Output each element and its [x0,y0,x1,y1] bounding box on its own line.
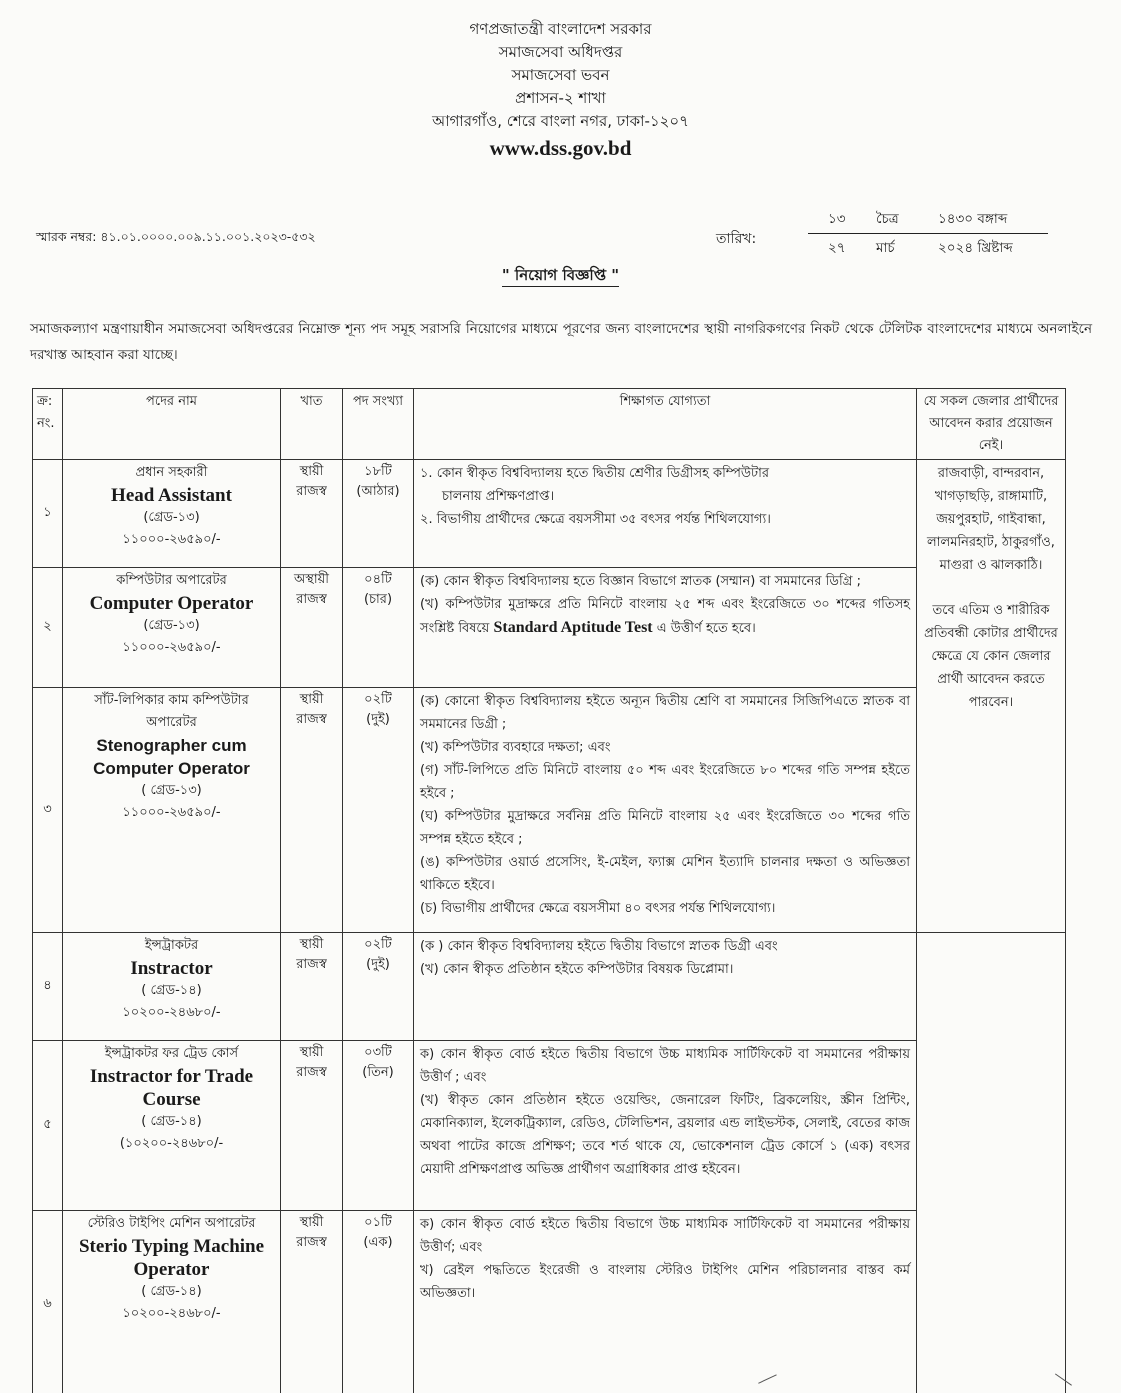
test-name: Standard Aptitude Test [493,619,652,636]
header-type: খাত [281,389,343,460]
pay-scale: ১০২০০-২৪৬৮০/- [69,1303,274,1325]
table-row: ৪ইন্সট্রাকটরInstractor( গ্রেড-১৪)১০২০০-২… [33,933,1066,1041]
post-name: প্রধান সহকারীHead Assistant(গ্রেড-১৩)১১০… [63,460,281,568]
post-count-number: ১৮টি [349,462,407,482]
header-districts: যে সকল জেলার প্রার্থীদের আবেদন করার প্রয… [917,389,1066,460]
pay-scale: ১০২০০-২৪৬৮০/- [69,1002,274,1024]
serial-number: ৫ [33,1041,63,1211]
address: আগারগাঁও, শেরে বাংলা নগর, ঢাকা-১২০৭ [0,110,1121,133]
qualification-text: এ উত্তীর্ণ হতে হবে। [657,621,756,636]
post-name-english: Sterio Typing Machine Operator [69,1235,274,1281]
post-count: ০৪টি(চার) [343,568,414,688]
post-count: ১৮টি(আঠার) [343,460,414,568]
post-count-number: ০২টি [349,935,407,955]
table-row: ৩সাঁট-লিপিকার কাম কম্পিউটার অপারেটরSteno… [33,688,1066,933]
post-grade: ( গ্রেড-১৪) [69,980,274,1002]
post-name: ইন্সট্রাকটরInstractor( গ্রেড-১৪)১০২০০-২৪… [63,933,281,1041]
districts-empty-cell [917,933,1066,1393]
post-type: স্থায়ী রাজস্ব [281,688,343,933]
post-count-number: ০১টি [349,1213,407,1233]
post-count: ০১টি(এক) [343,1211,414,1393]
post-name-bangla: স্টেরিও টাইপিং মেশিন অপারেটর [69,1213,274,1235]
pay-scale: ১১০০০-২৬৫৯০/- [69,637,274,659]
bangla-month: চৈত্র [876,208,938,231]
pay-scale: ১১০০০-২৬৫৯০/- [69,802,274,824]
serial-number: ৬ [33,1211,63,1393]
qualification-item: (খ) কম্পিউটার ব্যবহারে দক্ষতা; এবং [420,736,910,759]
post-name-bangla: ইন্সট্রাকটর [69,935,274,957]
qualification-item: (গ) সাঁট-লিপিতে প্রতি মিনিটে বাংলায় ৫০ … [420,759,910,805]
qualification-cell: (ক) কোন স্বীকৃত বিশ্ববিদ্যালয় হতে বিজ্ঞ… [414,568,917,688]
post-count-words: (চার) [349,590,407,610]
post-type: স্থায়ী রাজস্ব [281,933,343,1041]
qualification-item: (খ) স্বীকৃত কোন প্রতিষ্ঠান হইতে ওয়েল্ডি… [420,1089,910,1181]
vacancy-table: ক্র: নং. পদের নাম খাত পদ সংখ্যা শিক্ষাগত… [32,388,1066,1393]
qualification-cell: (ক) কোনো স্বীকৃত বিশ্ববিদ্যালয় হইতে অন্… [414,688,917,933]
post-name-english: Head Assistant [69,484,274,507]
post-count-words: (দুই) [349,710,407,730]
header-count: পদ সংখ্যা [343,389,414,460]
post-name-bangla: সাঁট-লিপিকার কাম কম্পিউটার অপারেটর [69,690,274,734]
qualification-item: খ) ব্রেইল পদ্ধতিতে ইংরেজী ও বাংলায় স্টে… [420,1259,910,1305]
branch-name: প্রশাসন-২ শাখা [0,87,1121,110]
post-grade: (গ্রেড-১৩) [69,507,274,529]
post-name: স্টেরিও টাইপিং মেশিন অপারেটরSterio Typin… [63,1211,281,1393]
govt-name: গণপ্রজাতন্ত্রী বাংলাদেশ সরকার [0,18,1121,41]
post-name-english: Stenographer cum Computer Operator [69,734,274,780]
qualification-cell: ক) কোন স্বীকৃত বোর্ড হইতে দ্বিতীয় বিভাগ… [414,1211,917,1393]
post-name-bangla: ইন্সট্রাকটর ফর ট্রেড কোর্স [69,1043,274,1065]
post-count-words: (তিন) [349,1063,407,1083]
post-name: ইন্সট্রাকটর ফর ট্রেড কোর্সInstractor for… [63,1041,281,1211]
post-name-bangla: কম্পিউটার অপারেটর [69,570,274,592]
bangla-day: ১৩ [808,208,876,231]
serial-number: ২ [33,568,63,688]
post-type: স্থায়ী রাজস্ব [281,1041,343,1211]
post-count: ০২টি(দুই) [343,688,414,933]
pay-scale: (১০২০০-২৪৬৮০/- [69,1133,274,1155]
serial-number: ৪ [33,933,63,1041]
post-grade: ( গ্রেড-১৩) [69,780,274,802]
qualification-cell: ক) কোন স্বীকৃত বোর্ড হইতে দ্বিতীয় বিভাগ… [414,1041,917,1211]
qualification-item: (খ) কোন স্বীকৃত প্রতিষ্ঠান হইতে কম্পিউটা… [420,958,910,981]
excluded-districts-list: রাজবাড়ী, বান্দরবান, খাগড়াছড়ি, রাঙ্গাম… [923,462,1059,577]
qualification-item: ক) কোন স্বীকৃত বোর্ড হইতে দ্বিতীয় বিভাগ… [420,1213,910,1259]
quota-exception: তবে এতিম ও শারীরিক প্রতিবন্ধী কোটার প্রা… [923,599,1059,714]
qualification-item: (ঘ) কম্পিউটার মুদ্রাক্ষরে সর্বনিম্ন প্রত… [420,805,910,851]
gregorian-year: ২০২৪ খ্রিষ্টাব্দ [938,237,1048,260]
bangla-date: ১৩ চৈত্র ১৪৩০ বঙ্গাব্দ [808,205,1048,234]
qualification-cell: (ক ) কোন স্বীকৃত বিশ্ববিদ্যালয় হইতে দ্ব… [414,933,917,1041]
post-count-number: ০৩টি [349,1043,407,1063]
qualification-item: চালনায় প্রশিক্ষণপ্রাপ্ত। [420,485,910,508]
qualification-item: ক) কোন স্বীকৃত বোর্ড হইতে দ্বিতীয় বিভাগ… [420,1043,910,1089]
table-row: ৬স্টেরিও টাইপিং মেশিন অপারেটরSterio Typi… [33,1211,1066,1393]
serial-number: ৩ [33,688,63,933]
post-count-words: (আঠার) [349,482,407,502]
qualification-item: (ক) কোনো স্বীকৃত বিশ্ববিদ্যালয় হইতে অন্… [420,690,910,736]
gregorian-month: মার্চ [876,237,938,260]
qualification-item: (চ) বিভাগীয় প্রার্থীদের ক্ষেত্রে বয়সসী… [420,897,910,920]
table-row: ৫ইন্সট্রাকটর ফর ট্রেড কোর্সInstractor fo… [33,1041,1066,1211]
qualification-item: (ঙ) কম্পিউটার ওয়ার্ড প্রসেসিং, ই-মেইল, … [420,851,910,897]
date-label: তারিখ: [716,227,756,251]
gregorian-day: ২৭ [808,237,876,260]
header-post-name: পদের নাম [63,389,281,460]
intro-paragraph: সমাজকল্যাণ মন্ত্রণায়াধীন সমাজসেবা অধিদপ… [30,316,1092,368]
post-count-words: (দুই) [349,955,407,975]
notice-title: " নিয়োগ বিজ্ঞপ্তি " [502,266,619,287]
table-header-row: ক্র: নং. পদের নাম খাত পদ সংখ্যা শিক্ষাগত… [33,389,1066,460]
qualification-item: ১. কোন স্বীকৃত বিশ্ববিদ্যালয় হতে দ্বিতী… [420,462,910,485]
post-grade: ( গ্রেড-১৪) [69,1281,274,1303]
qualification-item: (ক) কোন স্বীকৃত বিশ্ববিদ্যালয় হতে বিজ্ঞ… [420,570,910,593]
gregorian-date: ২৭ মার্চ ২০২৪ খ্রিষ্টাব্দ [808,234,1048,262]
post-type: স্থায়ী রাজস্ব [281,460,343,568]
post-name-english: Instractor for Trade Course [69,1065,274,1111]
post-grade: ( গ্রেড-১৪) [69,1111,274,1133]
table-row: ১প্রধান সহকারীHead Assistant(গ্রেড-১৩)১১… [33,460,1066,568]
memo-number: স্মারক নম্বর: ৪১.০১.০০০০.০০৯.১১.০০১.২০২৩… [36,229,316,249]
header-qualification: শিক্ষাগত যোগ্যতা [414,389,917,460]
post-type: অস্থায়ী রাজস্ব [281,568,343,688]
header-serial: ক্র: নং. [33,389,63,460]
post-name-english: Instractor [69,957,274,980]
qualification-item: (খ) কম্পিউটার মুদ্রাক্ষরে প্রতি মিনিটে ব… [420,593,910,640]
table-row: ২কম্পিউটার অপারেটরComputer Operator(গ্রে… [33,568,1066,688]
post-count-words: (এক) [349,1233,407,1253]
qualification-item: ২. বিভাগীয় প্রার্থীদের ক্ষেত্রে বয়সসীম… [420,508,910,531]
post-name-bangla: প্রধান সহকারী [69,462,274,484]
post-name: কম্পিউটার অপারেটরComputer Operator(গ্রেড… [63,568,281,688]
building-name: সমাজসেবা ভবন [0,64,1121,87]
website-link[interactable]: www.dss.gov.bd [0,133,1121,163]
post-count-number: ০৪টি [349,570,407,590]
post-count-number: ০২টি [349,690,407,710]
post-grade: (গ্রেড-১৩) [69,615,274,637]
date-block: ১৩ চৈত্র ১৪৩০ বঙ্গাব্দ ২৭ মার্চ ২০২৪ খ্র… [808,205,1048,262]
qualification-cell: ১. কোন স্বীকৃত বিশ্ববিদ্যালয় হতে দ্বিতী… [414,460,917,568]
post-name-english: Computer Operator [69,592,274,615]
letterhead: গণপ্রজাতন্ত্রী বাংলাদেশ সরকার সমাজসেবা অ… [0,18,1121,163]
notice-title-wrap: " নিয়োগ বিজ্ঞপ্তি " [0,264,1121,289]
post-name: সাঁট-লিপিকার কাম কম্পিউটার অপারেটরStenog… [63,688,281,933]
post-count: ০২টি(দুই) [343,933,414,1041]
pay-scale: ১১০০০-২৬৫৯০/- [69,529,274,551]
post-count: ০৩টি(তিন) [343,1041,414,1211]
qualification-item: (ক ) কোন স্বীকৃত বিশ্ববিদ্যালয় হইতে দ্ব… [420,935,910,958]
bangla-year: ১৪৩০ বঙ্গাব্দ [938,208,1048,231]
serial-number: ১ [33,460,63,568]
department-name: সমাজসেবা অধিদপ্তর [0,41,1121,64]
post-type: স্থায়ী রাজস্ব [281,1211,343,1393]
excluded-districts: রাজবাড়ী, বান্দরবান, খাগড়াছড়ি, রাঙ্গাম… [917,460,1066,933]
